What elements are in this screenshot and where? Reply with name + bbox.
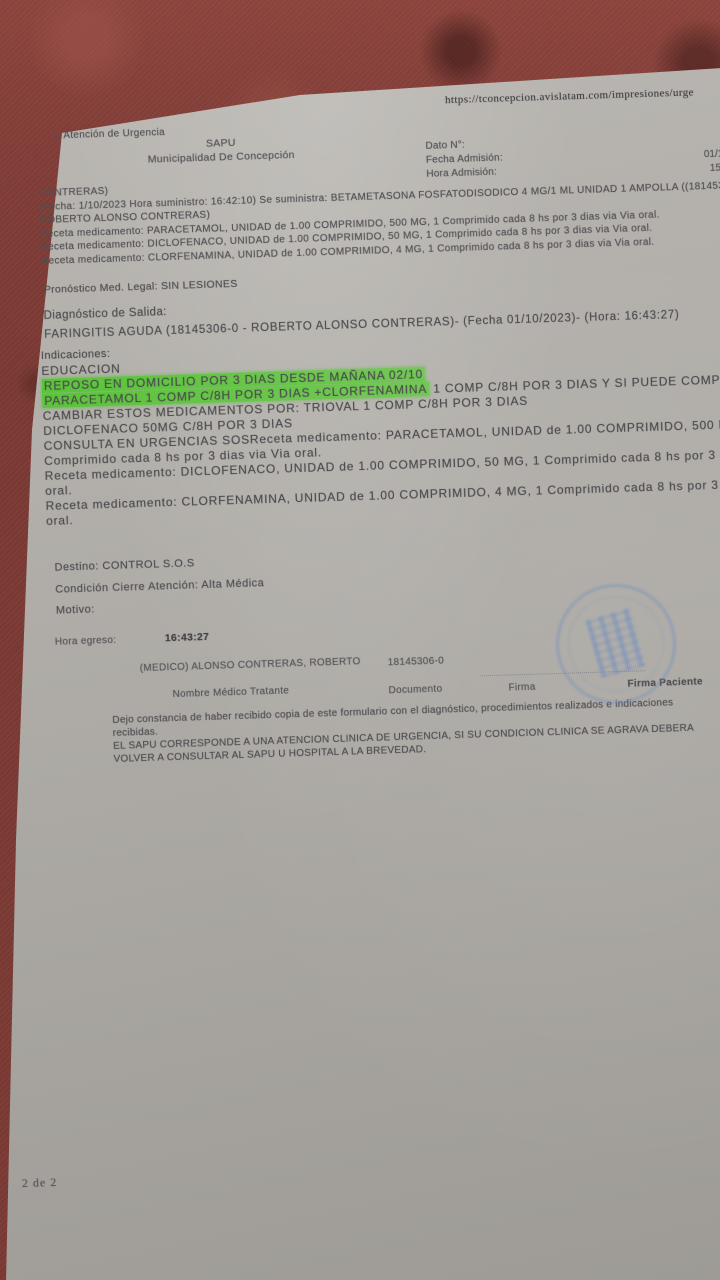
- legal-prognosis: Pronóstico Med. Legal: SIN LESIONES: [44, 278, 238, 296]
- sign-col-doctor-name-label: Nombre Médico Tratante: [172, 685, 289, 700]
- egress-time: 16:43:27: [165, 631, 210, 644]
- medication-supply-section: CONTRERAS) (Fecha: 1/10/2023 Hora sumini…: [39, 165, 720, 268]
- org-header: SAPU Municipalidad De Concepción: [103, 133, 339, 168]
- indications-section: Indicaciones: EDUCACION REPOSO EN DOMICI…: [41, 326, 720, 529]
- sign-col-document-label: Documento: [388, 684, 442, 697]
- sign-col-signature-label: Firma: [508, 682, 535, 694]
- printed-url-header: https://tconcepcion.avislatam.com/impres…: [445, 86, 694, 106]
- footer-disclaimer: Dejo constancia de haber recibido copia …: [112, 696, 694, 766]
- doctor-name: (MEDICO) ALONSO CONTRERAS, ROBERTO: [140, 656, 361, 674]
- doctor-document-number: 18145306-0: [388, 656, 445, 669]
- egress-label: Hora egreso:: [55, 635, 117, 648]
- stamp-inner-marks: [585, 608, 646, 678]
- page-number: 2 de 2: [22, 1175, 58, 1191]
- photo-of-printed-medical-form: { "url_header": "https://tconcepcion.avi…: [0, 0, 720, 1280]
- fecha-admision-value: 01/10: [644, 147, 720, 164]
- discharge-section: Destino: CONTROL S.O.S Condición Cierre …: [54, 551, 265, 622]
